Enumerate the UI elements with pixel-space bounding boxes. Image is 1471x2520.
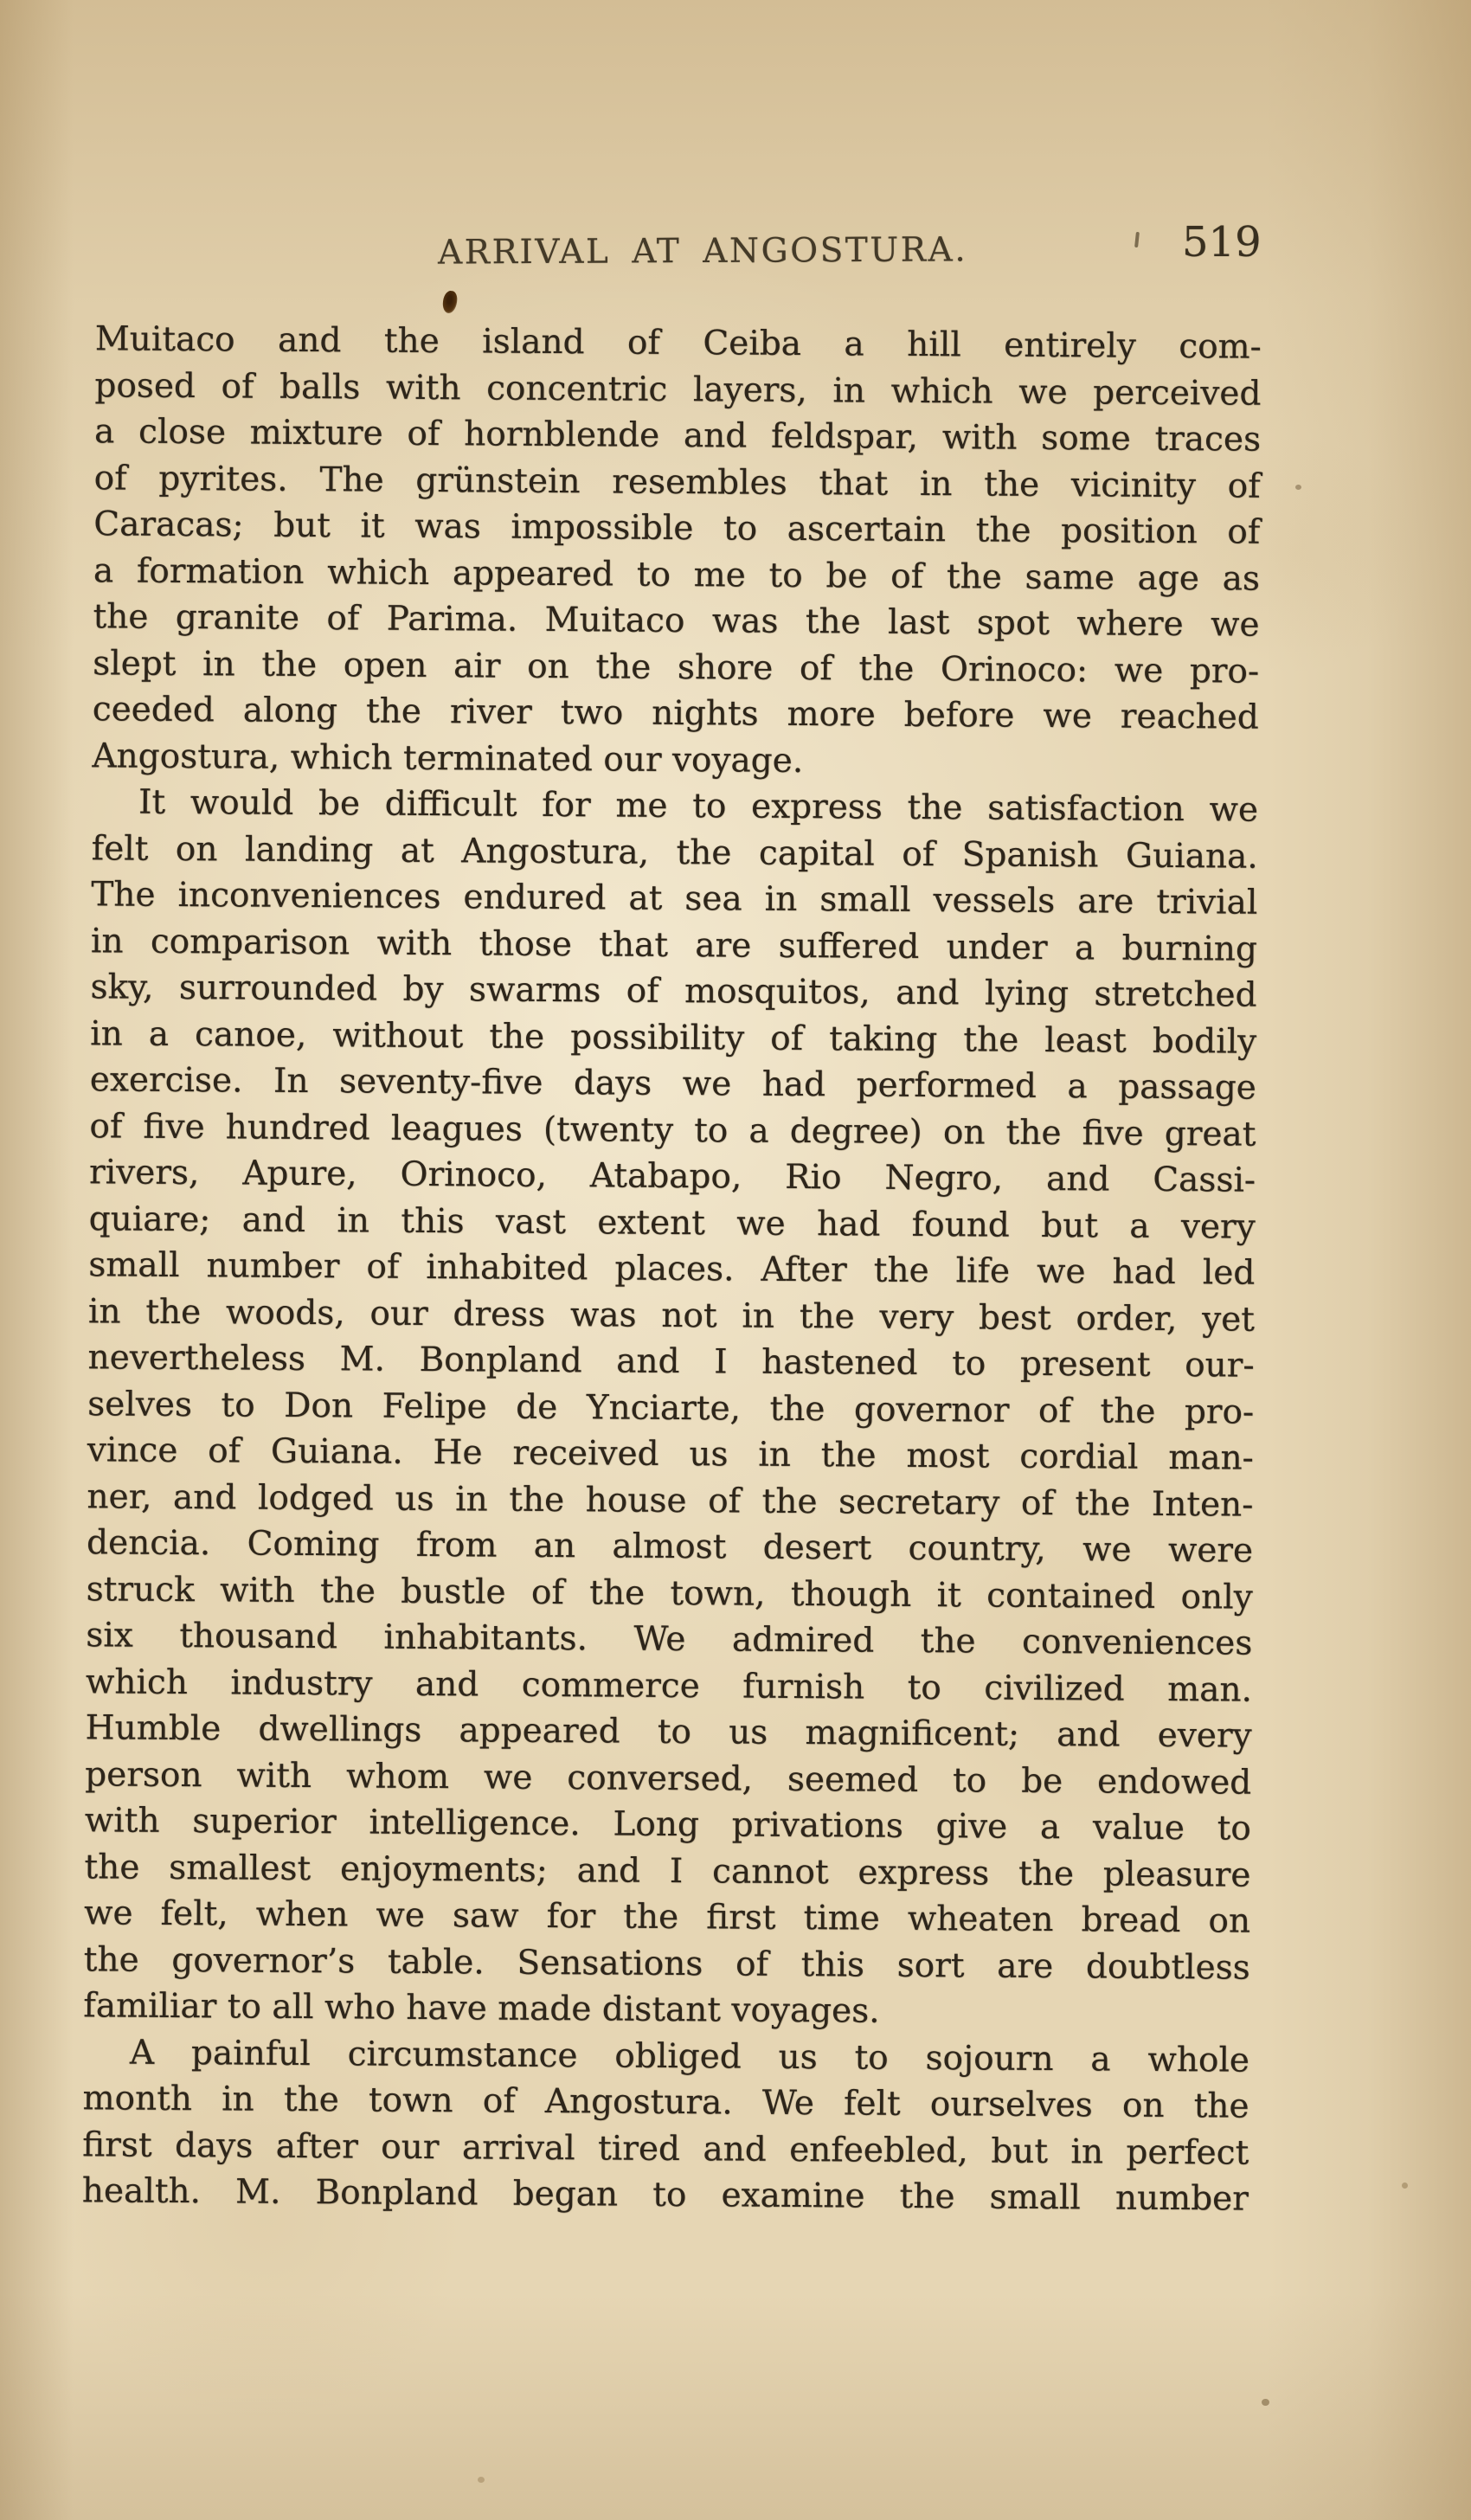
scan-speck-artifact [1295, 485, 1301, 490]
text-line: six thousand inhabitants. We admired the… [86, 1612, 1252, 1667]
text-line: The inconveniences endured at sea in sma… [91, 871, 1257, 926]
text-line: dencia. Coming from an almost desert cou… [87, 1520, 1253, 1574]
running-title: ARRIVAL AT ANGOSTURA. [438, 230, 967, 272]
text-line: ceeded along the river two nights more b… [93, 686, 1259, 741]
text-line: Humble dwellings appeared to us magnific… [85, 1705, 1251, 1759]
book-page: ARRIVAL AT ANGOSTURA. 519 Muitaco and th… [0, 0, 1471, 2520]
text-line: of five hundred leagues (twenty to a deg… [89, 1103, 1256, 1158]
text-line: felt on landing at Angostura, the capita… [92, 826, 1258, 880]
text-line: Caracas; but it was impossible to ascert… [93, 501, 1260, 556]
text-line: vince of Guiana. He received us in the m… [87, 1427, 1254, 1482]
text-line: the smallest enjoyments; and I cannot ex… [84, 1844, 1250, 1899]
text-line: slept in the open air on the shore of th… [93, 640, 1259, 695]
scan-speck-artifact [478, 2477, 485, 2483]
text-line: in the woods, our dress was not in the v… [88, 1289, 1255, 1343]
text-line: we felt, when we saw for the first time … [84, 1890, 1250, 1945]
text-line: a formation which appeared to me to be o… [93, 548, 1260, 602]
text-line: sky, surrounded by swarms of mosquitos, … [90, 964, 1256, 1019]
text-line: struck with the bustle of the town, thou… [87, 1566, 1253, 1621]
text-line: quiare; and in this vast extent we had f… [89, 1196, 1256, 1250]
text-line: A painful circumstance obliged us to soj… [83, 2029, 1249, 2084]
paragraph-2: It would be difficult for me to express … [83, 779, 1258, 2037]
text-line: Angostura, which terminated our voyage. [92, 733, 1258, 787]
text-line: of pyrites. The grünstein resembles that… [94, 455, 1261, 510]
paragraph-3: A painful circumstance obliged us to soj… [82, 2029, 1249, 2222]
body-text: Muitaco and the island of Ceiba a hill e… [82, 316, 1262, 2222]
text-line: Muitaco and the island of Ceiba a hill e… [95, 316, 1262, 370]
text-line: ner, and lodged us in the house of the s… [87, 1474, 1253, 1528]
text-line: with superior intelligence. Long privati… [85, 1797, 1251, 1852]
text-line: It would be difficult for me to express … [92, 779, 1258, 833]
text-line: in a canoe, without the possibility of t… [90, 1011, 1256, 1065]
text-line: month in the town of Angostura. We felt … [82, 2075, 1249, 2130]
text-line: the granite of Parima. Muitaco was the l… [93, 594, 1259, 648]
text-line: posed of balls with concentric layers, i… [94, 363, 1261, 417]
text-line: selves to Don Felipe de Ynciarte, the go… [87, 1381, 1254, 1436]
text-line: familiar to all who have made distant vo… [83, 1983, 1249, 2037]
page-header: ARRIVAL AT ANGOSTURA. 519 [0, 227, 1471, 279]
text-line: small number of inhabited places. After … [88, 1242, 1255, 1296]
text-line: nevertheless M. Bonpland and I hastened … [87, 1334, 1254, 1389]
paragraph-1: Muitaco and the island of Ceiba a hill e… [92, 316, 1262, 787]
text-line: rivers, Apure, Orinoco, Atabapo, Rio Neg… [89, 1149, 1256, 1204]
page-number: 519 [1182, 218, 1262, 267]
text-line: which industry and commerce furnish to c… [86, 1659, 1252, 1713]
text-line: a close mixture of hornblende and feldsp… [94, 408, 1261, 463]
text-line: first days after our arrival tired and e… [82, 2122, 1249, 2176]
text-line: person with whom we conversed, seemed to… [85, 1752, 1251, 1806]
scan-speck-artifact [1262, 2399, 1269, 2406]
text-line: in comparison with those that are suffer… [91, 918, 1257, 973]
text-line: health. M. Bonpland began to examine the… [82, 2168, 1249, 2222]
scan-speck-artifact [1402, 2182, 1408, 2189]
text-line: exercise. In seventy-five days we had pe… [90, 1057, 1256, 1111]
text-line: the governor’s table. Sensations of this… [84, 1937, 1250, 1991]
